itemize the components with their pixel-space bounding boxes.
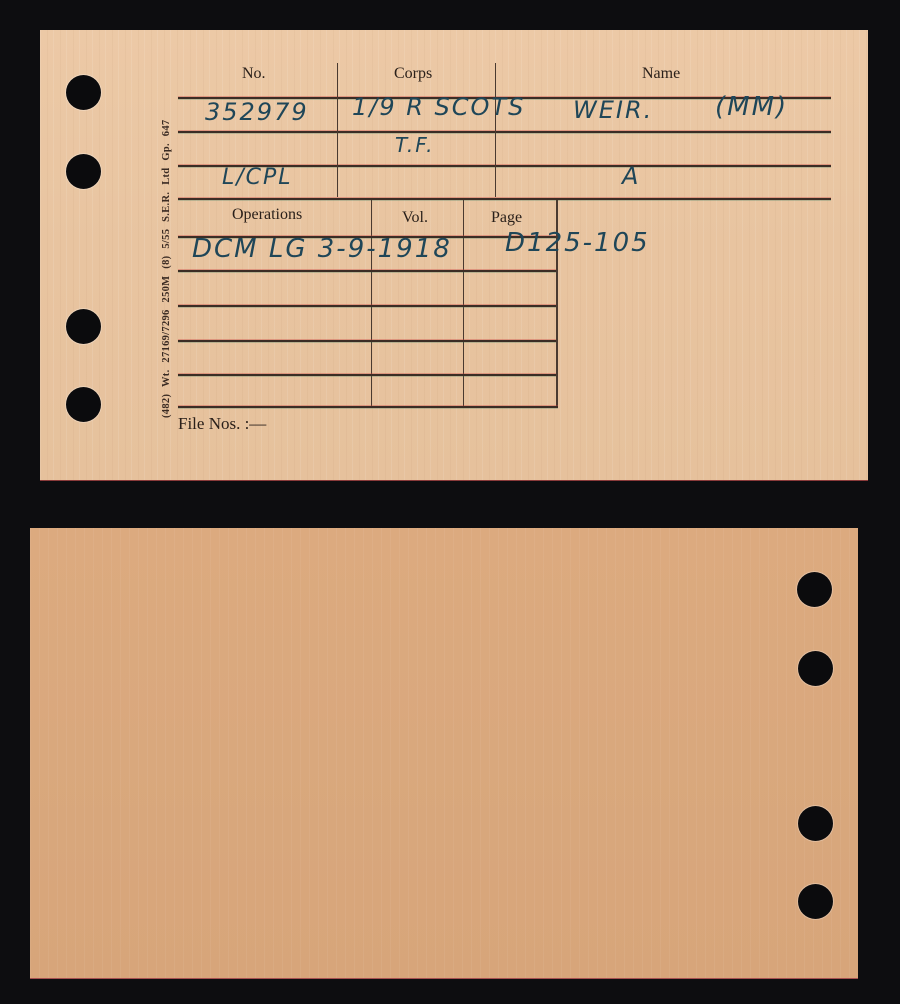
punch-hole [798,806,833,841]
award-suffix: (MM) [715,92,788,122]
punch-hole [66,387,101,422]
medal-index-card-back [30,528,858,979]
file-nos-label: File Nos. :— [178,414,266,434]
punch-hole [798,651,833,686]
printer-imprint: (482) Wt. 27169/7296 250M (8) 5/55 S.E.R… [161,120,172,418]
rule-line [178,198,831,200]
column-divider [495,63,496,197]
surname: WEIR. [573,96,653,124]
header-corps: Corps [394,65,432,83]
corps-tf: T.F. [395,133,434,157]
header-name: Name [642,65,680,83]
corps-unit: 1/9 R SCOTS [352,93,525,121]
header-vol: Vol. [402,209,428,227]
rule-line [178,131,831,133]
rule-line [178,374,556,376]
punch-hole [66,154,101,189]
punch-hole [798,884,833,919]
header-operations: Operations [232,206,302,224]
rule-line [178,305,556,307]
rank: L/CPL [222,165,293,190]
header-no: No. [242,65,266,83]
punch-hole [797,572,832,607]
column-divider [337,63,338,197]
operation-entry: DCM LG 3-9-1918 [192,234,452,264]
service-number: 352979 [205,98,309,126]
rule-line [178,406,558,408]
initial: A [622,162,640,190]
rule-line [178,340,556,342]
punch-hole [66,75,101,110]
page-entry: D125-105 [505,228,650,258]
rule-line [178,270,556,272]
punch-hole [66,309,101,344]
header-page: Page [491,209,522,227]
